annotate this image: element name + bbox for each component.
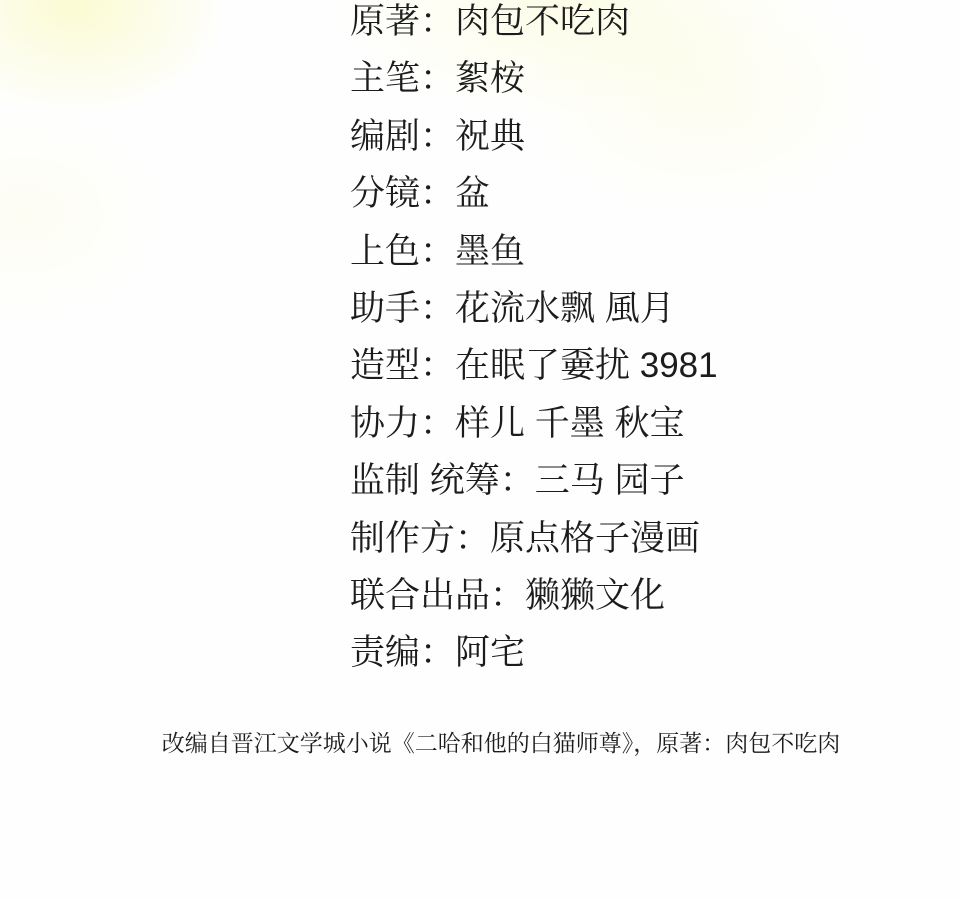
credit-line-support: 协力：样儿 千墨 秋宝: [350, 395, 718, 452]
credit-line-assistants: 助手：花流水飘 風月: [350, 280, 718, 337]
adaptation-note: 改编自晋江文学城小说《二哈和他的白猫师尊》，原著：肉包不吃肉: [21, 728, 960, 758]
credit-line-coloring: 上色：墨鱼: [350, 223, 718, 280]
credits-list: 原著：肉包不吃肉 主笔：絮桉 编剧：祝典 分镜：盆 上色：墨鱼 助手：花流水飘 …: [350, 0, 718, 682]
credit-line-original-author: 原著：肉包不吃肉: [350, 0, 718, 50]
credit-line-production: 制作方：原点格子漫画: [350, 510, 718, 567]
credit-line-main-artist: 主笔：絮桉: [350, 50, 718, 107]
credit-line-character-design: 造型：在眠了嫑扰 3981: [350, 337, 718, 394]
credit-line-screenwriter: 编剧：祝典: [350, 108, 718, 165]
credit-line-storyboard: 分镜：盆: [350, 165, 718, 222]
credit-line-supervision: 监制 统筹：三马 园子: [350, 452, 718, 509]
credit-line-editor: 责编：阿宅: [350, 624, 718, 681]
credit-line-co-publisher: 联合出品：獭獭文化: [350, 567, 718, 624]
